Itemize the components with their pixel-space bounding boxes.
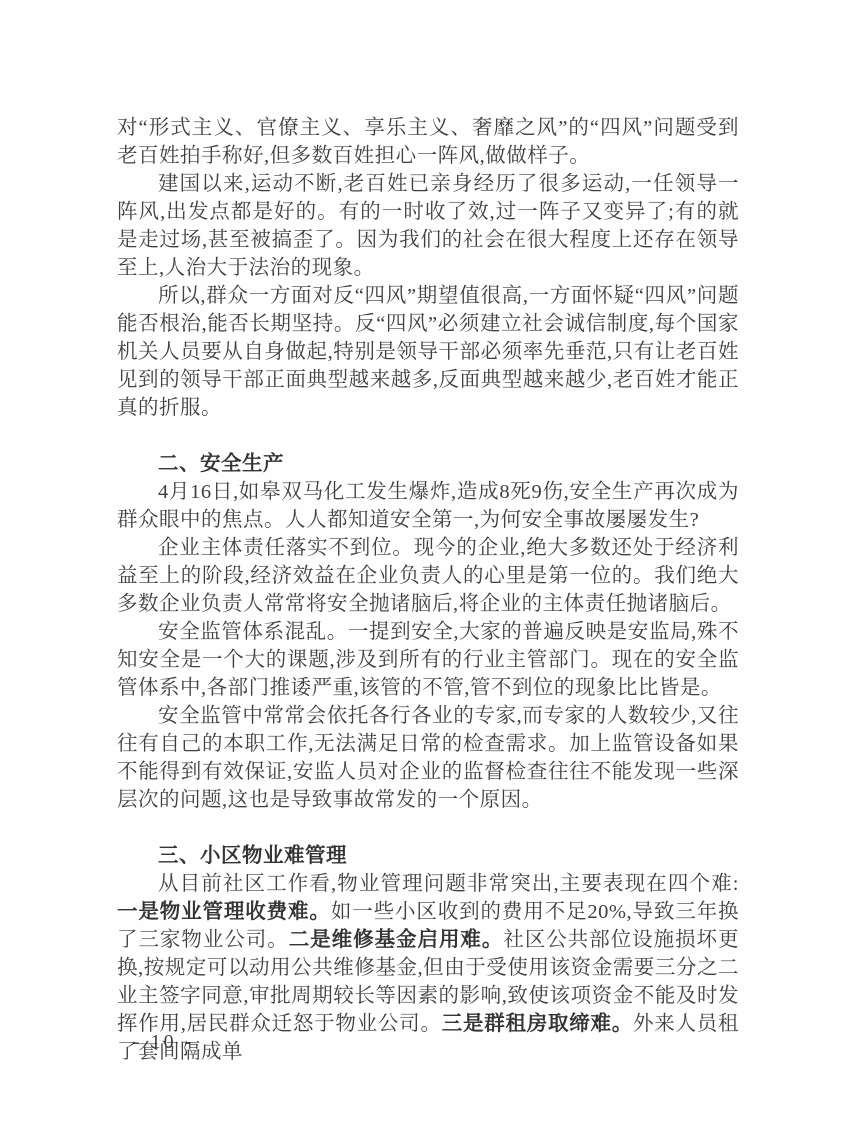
text-run: 对“形式主义、官僚主义、享乐主义、奢靡之风”的“四风”问题受到老百姓拍手称好,但…: [117, 117, 739, 167]
bold-text-run: 三是群租房取缔难。: [442, 1013, 633, 1035]
text-run: 从目前社区工作看,物业管理问题非常突出,主要表现在四个难:: [158, 873, 739, 895]
paragraph: 所以,群众一方面对反“四风”期望值很高,一方面怀疑“四风”问题能否根治,能否长期…: [117, 282, 739, 422]
document-page: 对“形式主义、官僚主义、享乐主义、奢靡之风”的“四风”问题受到老百姓拍手称好,但…: [0, 0, 850, 1146]
bold-text-run: 二、安全生产: [158, 453, 284, 475]
text-run: 所以,群众一方面对反“四风”期望值很高,一方面怀疑“四风”问题能否根治,能否长期…: [117, 285, 739, 419]
paragraph: 企业主体责任落实不到位。现今的企业,绝大多数还处于经济利益至上的阶段,经济效益在…: [117, 534, 739, 618]
text-run: 建国以来,运动不断,老百姓已亲身经历了很多运动,一任领导一阵风,出发点都是好的。…: [117, 173, 739, 279]
bold-text-run: 三、小区物业难管理: [158, 845, 347, 867]
text-run: 安全监管体系混乱。一提到安全,大家的普遍反映是安监局,殊不知安全是一个大的课题,…: [117, 621, 739, 699]
paragraph: 4月16日,如皋双马化工发生爆炸,造成8死9伤,安全生产再次成为群众眼中的焦点。…: [117, 478, 739, 534]
text-run: 安全监管中常常会依托各行各业的专家,而专家的人数较少,又往往有自己的本职工作,无…: [117, 705, 739, 811]
section-heading: 三、小区物业难管理: [117, 842, 739, 870]
page-number: - 10 -: [133, 1028, 194, 1056]
document-body: 对“形式主义、官僚主义、享乐主义、奢靡之风”的“四风”问题受到老百姓拍手称好,但…: [117, 114, 739, 1066]
bold-text-run: 二是维修基金启用难。: [289, 929, 504, 951]
paragraph: 安全监管中常常会依托各行各业的专家,而专家的人数较少,又往往有自己的本职工作,无…: [117, 702, 739, 814]
bold-text-run: 一是物业管理收费难。: [117, 901, 331, 923]
paragraph: 安全监管体系混乱。一提到安全,大家的普遍反映是安监局,殊不知安全是一个大的课题,…: [117, 618, 739, 702]
paragraph: 从目前社区工作看,物业管理问题非常突出,主要表现在四个难:一是物业管理收费难。如…: [117, 870, 739, 1066]
section-heading: 二、安全生产: [117, 450, 739, 478]
text-run: 4月16日,如皋双马化工发生爆炸,造成8死9伤,安全生产再次成为群众眼中的焦点。…: [117, 481, 739, 531]
paragraph: 建国以来,运动不断,老百姓已亲身经历了很多运动,一任领导一阵风,出发点都是好的。…: [117, 170, 739, 282]
paragraph: 对“形式主义、官僚主义、享乐主义、奢靡之风”的“四风”问题受到老百姓拍手称好,但…: [117, 114, 739, 170]
text-run: 企业主体责任落实不到位。现今的企业,绝大多数还处于经济利益至上的阶段,经济效益在…: [117, 537, 739, 615]
